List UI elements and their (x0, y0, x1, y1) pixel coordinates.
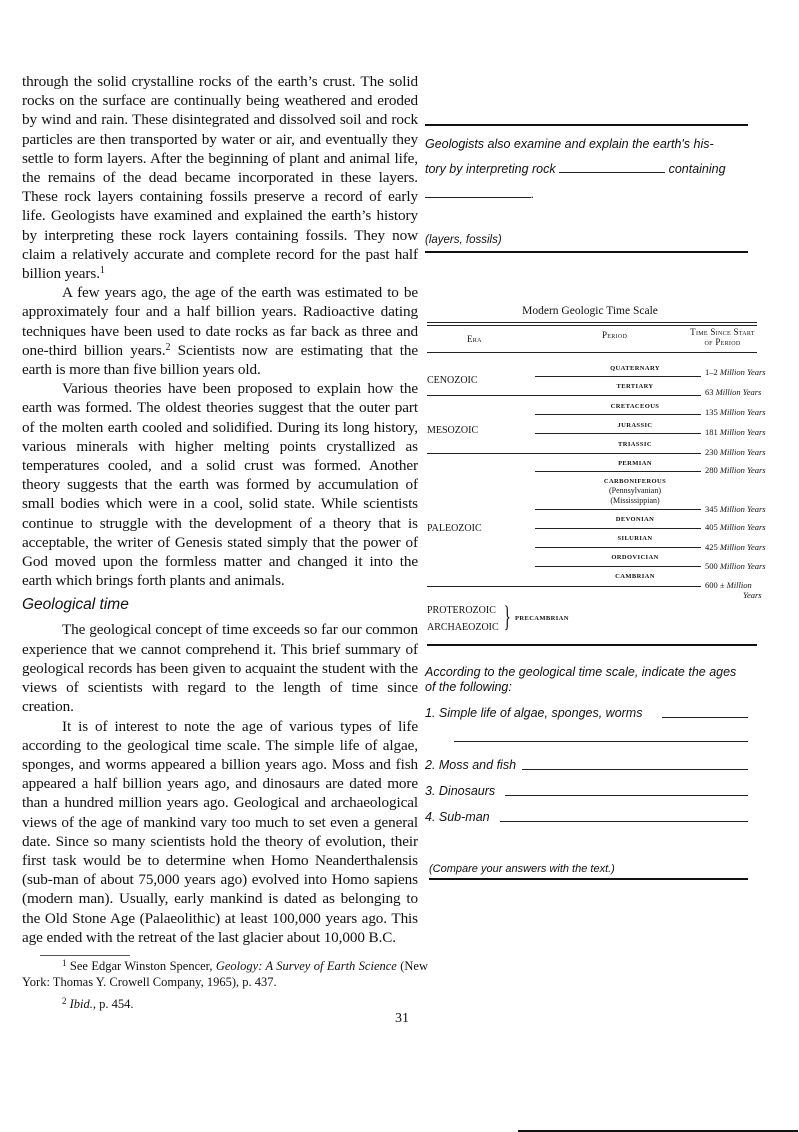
time-devonian: 405 Million Years (705, 522, 766, 532)
era-archaeozoic: ARCHAEOZOIC (427, 622, 499, 633)
question-item-label: 4. Sub-man (425, 810, 490, 825)
era-cenozoic: CENOZOIC (427, 375, 478, 386)
period-ordovician: ORDOVICIAN (565, 554, 705, 561)
time-ordovician: 500 Million Years (705, 561, 766, 571)
time-unit: Years (705, 590, 762, 600)
time-jurassic: 181 Million Years (705, 427, 766, 437)
question-text-segment: tory by interpreting rock (425, 162, 559, 176)
header-time: Time Since Startof Period (685, 327, 760, 347)
footnotes: 1 See Edgar Winston Spencer, Geology: A … (22, 958, 428, 1018)
header-period: Period (602, 330, 627, 340)
box-top-rule (425, 124, 748, 126)
period-quaternary: QUATERNARY (565, 365, 705, 372)
period-cretaceous: CRETACEOUS (565, 403, 705, 410)
period-divider (535, 547, 701, 548)
period-subdivision: (Pennsylvanian) (609, 486, 661, 495)
time-unit: Million Years (718, 465, 766, 475)
period-divider (535, 433, 701, 434)
period-divider (535, 471, 701, 472)
box-bottom-rule (425, 251, 748, 253)
time-unit: Million Years (718, 407, 766, 417)
table-title: Modern Geologic Time Scale (425, 305, 755, 317)
answer-line-3[interactable] (505, 795, 748, 796)
time-cretaceous: 135 Million Years (705, 407, 766, 417)
time-value: 600 ± (705, 580, 725, 590)
answer-blank-2[interactable] (425, 187, 531, 198)
compare-note: (Compare your answers with the text.) (425, 863, 748, 875)
period-divider (535, 528, 701, 529)
time-unit: Million Years (718, 447, 766, 457)
question-item-1: 1. Simple life of algae, sponges, worms (425, 706, 748, 721)
time-value: 181 (705, 427, 718, 437)
time-value: 1–2 (705, 367, 718, 377)
time-value: 345 (705, 504, 718, 514)
answer-blank-1[interactable] (559, 162, 665, 173)
time-unit: Million Years (714, 387, 762, 397)
body-text-column: through the solid crystalline rocks of t… (22, 72, 418, 947)
time-unit: Million (725, 580, 752, 590)
time-triassic: 230 Million Years (705, 447, 766, 457)
time-silurian: 425 Million Years (705, 542, 766, 552)
period-subdivision: (Mississippian) (610, 496, 659, 505)
footnote-divider (40, 955, 130, 956)
era-divider (427, 395, 701, 396)
answer-key: (layers, fossils) (425, 233, 748, 247)
paragraph-5: It is of interest to note the age of var… (22, 717, 418, 947)
time-value: 135 (705, 407, 718, 417)
time-value: 405 (705, 522, 718, 532)
time-value: 425 (705, 542, 718, 552)
period-cambrian: CAMBRIAN (565, 573, 705, 580)
question-item-3: 3. Dinosaurs (425, 784, 748, 799)
time-value: 63 (705, 387, 714, 397)
paragraph-text: through the solid crystalline rocks of t… (22, 73, 418, 282)
footnote-ibid: Ibid. (70, 997, 93, 1011)
footnote-2: 2 Ibid., p. 454. (22, 996, 428, 1012)
time-unit: Million Years (718, 542, 766, 552)
question-intro: According to the geological time scale, … (425, 665, 748, 695)
section-heading: Geological time (22, 596, 418, 614)
paragraph-2: A few years ago, the age of the earth wa… (22, 283, 418, 379)
geologic-time-table: Era Period Time Since Startof Period CEN… (427, 325, 757, 646)
question-item-label: 2. Moss and fish (425, 758, 516, 773)
period-devonian: DEVONIAN (565, 516, 705, 523)
paragraph-3: Various theories have been proposed to e… (22, 379, 418, 590)
footnote-ref-1[interactable]: 1 (100, 265, 105, 276)
time-unit: Million Years (718, 427, 766, 437)
footnote-1: 1 See Edgar Winston Spencer, Geology: A … (22, 958, 428, 990)
question-line-3: . (425, 182, 748, 207)
question-text-segment: . (531, 187, 534, 201)
footnote-book-title: Geology: A Survey of Earth Science (216, 959, 397, 973)
table-header: Era Period Time Since Startof Period (427, 325, 757, 353)
period-permian: PERMIAN (565, 460, 705, 467)
period-jurassic: JURASSIC (565, 422, 705, 429)
question-item-2: 2. Moss and fish (425, 758, 748, 773)
header-time-line2: of Period (705, 337, 741, 347)
time-carboniferous: 345 Million Years (705, 504, 766, 514)
header-era: Era (467, 334, 482, 344)
answer-line-2[interactable] (522, 769, 748, 770)
era-paleozoic: PALEOZOIC (427, 523, 482, 534)
question-item-label: 3. Dinosaurs (425, 784, 495, 799)
period-name: CARBONIFEROUS (604, 478, 666, 485)
period-divider (535, 566, 701, 567)
time-unit: Million Years (718, 504, 766, 514)
box-bottom-rule (429, 878, 748, 880)
question-text-segment: containing (665, 162, 725, 176)
time-permian: 280 Million Years (705, 465, 766, 475)
question-line-2: tory by interpreting rock containing (425, 157, 748, 182)
footnote-text: , p. 454. (93, 997, 134, 1011)
period-silurian: SILURIAN (565, 535, 705, 542)
time-cambrian: 600 ± MillionYears (705, 580, 762, 600)
review-question-box-1: Geologists also examine and explain the … (425, 124, 748, 253)
era-divider (427, 453, 701, 454)
period-tertiary: TERTIARY (565, 383, 705, 390)
time-value: 230 (705, 447, 718, 457)
label-precambrian: PRECAMBRIAN (515, 615, 569, 622)
table-body: CENOZOIC QUATERNARY 1–2 Million Years TE… (427, 353, 757, 638)
footnote-text: See Edgar Winston Spencer, (67, 959, 216, 973)
page-number: 31 (395, 1011, 409, 1027)
answer-line-1[interactable] (662, 717, 748, 718)
table-bottom-rule (427, 644, 757, 646)
review-question-box-2: According to the geological time scale, … (425, 655, 748, 880)
question-text: Geologists also examine and explain the … (425, 132, 748, 207)
brace-icon: } (504, 605, 511, 629)
era-mesozoic: MESOZOIC (427, 425, 478, 436)
era-divider (427, 586, 701, 587)
answer-line-4[interactable] (500, 821, 748, 822)
time-tertiary: 63 Million Years (705, 387, 761, 397)
question-line-1: Geologists also examine and explain the … (425, 132, 748, 157)
time-unit: Million Years (718, 561, 766, 571)
paragraph-1: through the solid crystalline rocks of t… (22, 72, 418, 283)
era-proterozoic: PROTEROZOIC (427, 605, 496, 616)
header-time-line1: Time Since Start (690, 327, 755, 337)
answer-line-1b[interactable] (454, 741, 748, 742)
period-divider (535, 376, 701, 377)
paragraph-4: The geological concept of time exceeds s… (22, 620, 418, 716)
time-unit: Million Years (718, 367, 766, 377)
question-item-1-continuation (425, 733, 748, 745)
time-value: 280 (705, 465, 718, 475)
footnote-marker: 2 (62, 996, 67, 1006)
period-triassic: TRIASSIC (565, 441, 705, 448)
period-divider (535, 509, 701, 510)
time-value: 500 (705, 561, 718, 571)
time-unit: Million Years (718, 522, 766, 532)
time-quaternary: 1–2 Million Years (705, 367, 766, 377)
question-item-4: 4. Sub-man (425, 810, 748, 825)
period-carboniferous: CARBONIFEROUS(Pennsylvanian)(Mississippi… (565, 477, 705, 506)
period-divider (535, 414, 701, 415)
question-item-label: 1. Simple life of algae, sponges, worms (425, 706, 642, 721)
